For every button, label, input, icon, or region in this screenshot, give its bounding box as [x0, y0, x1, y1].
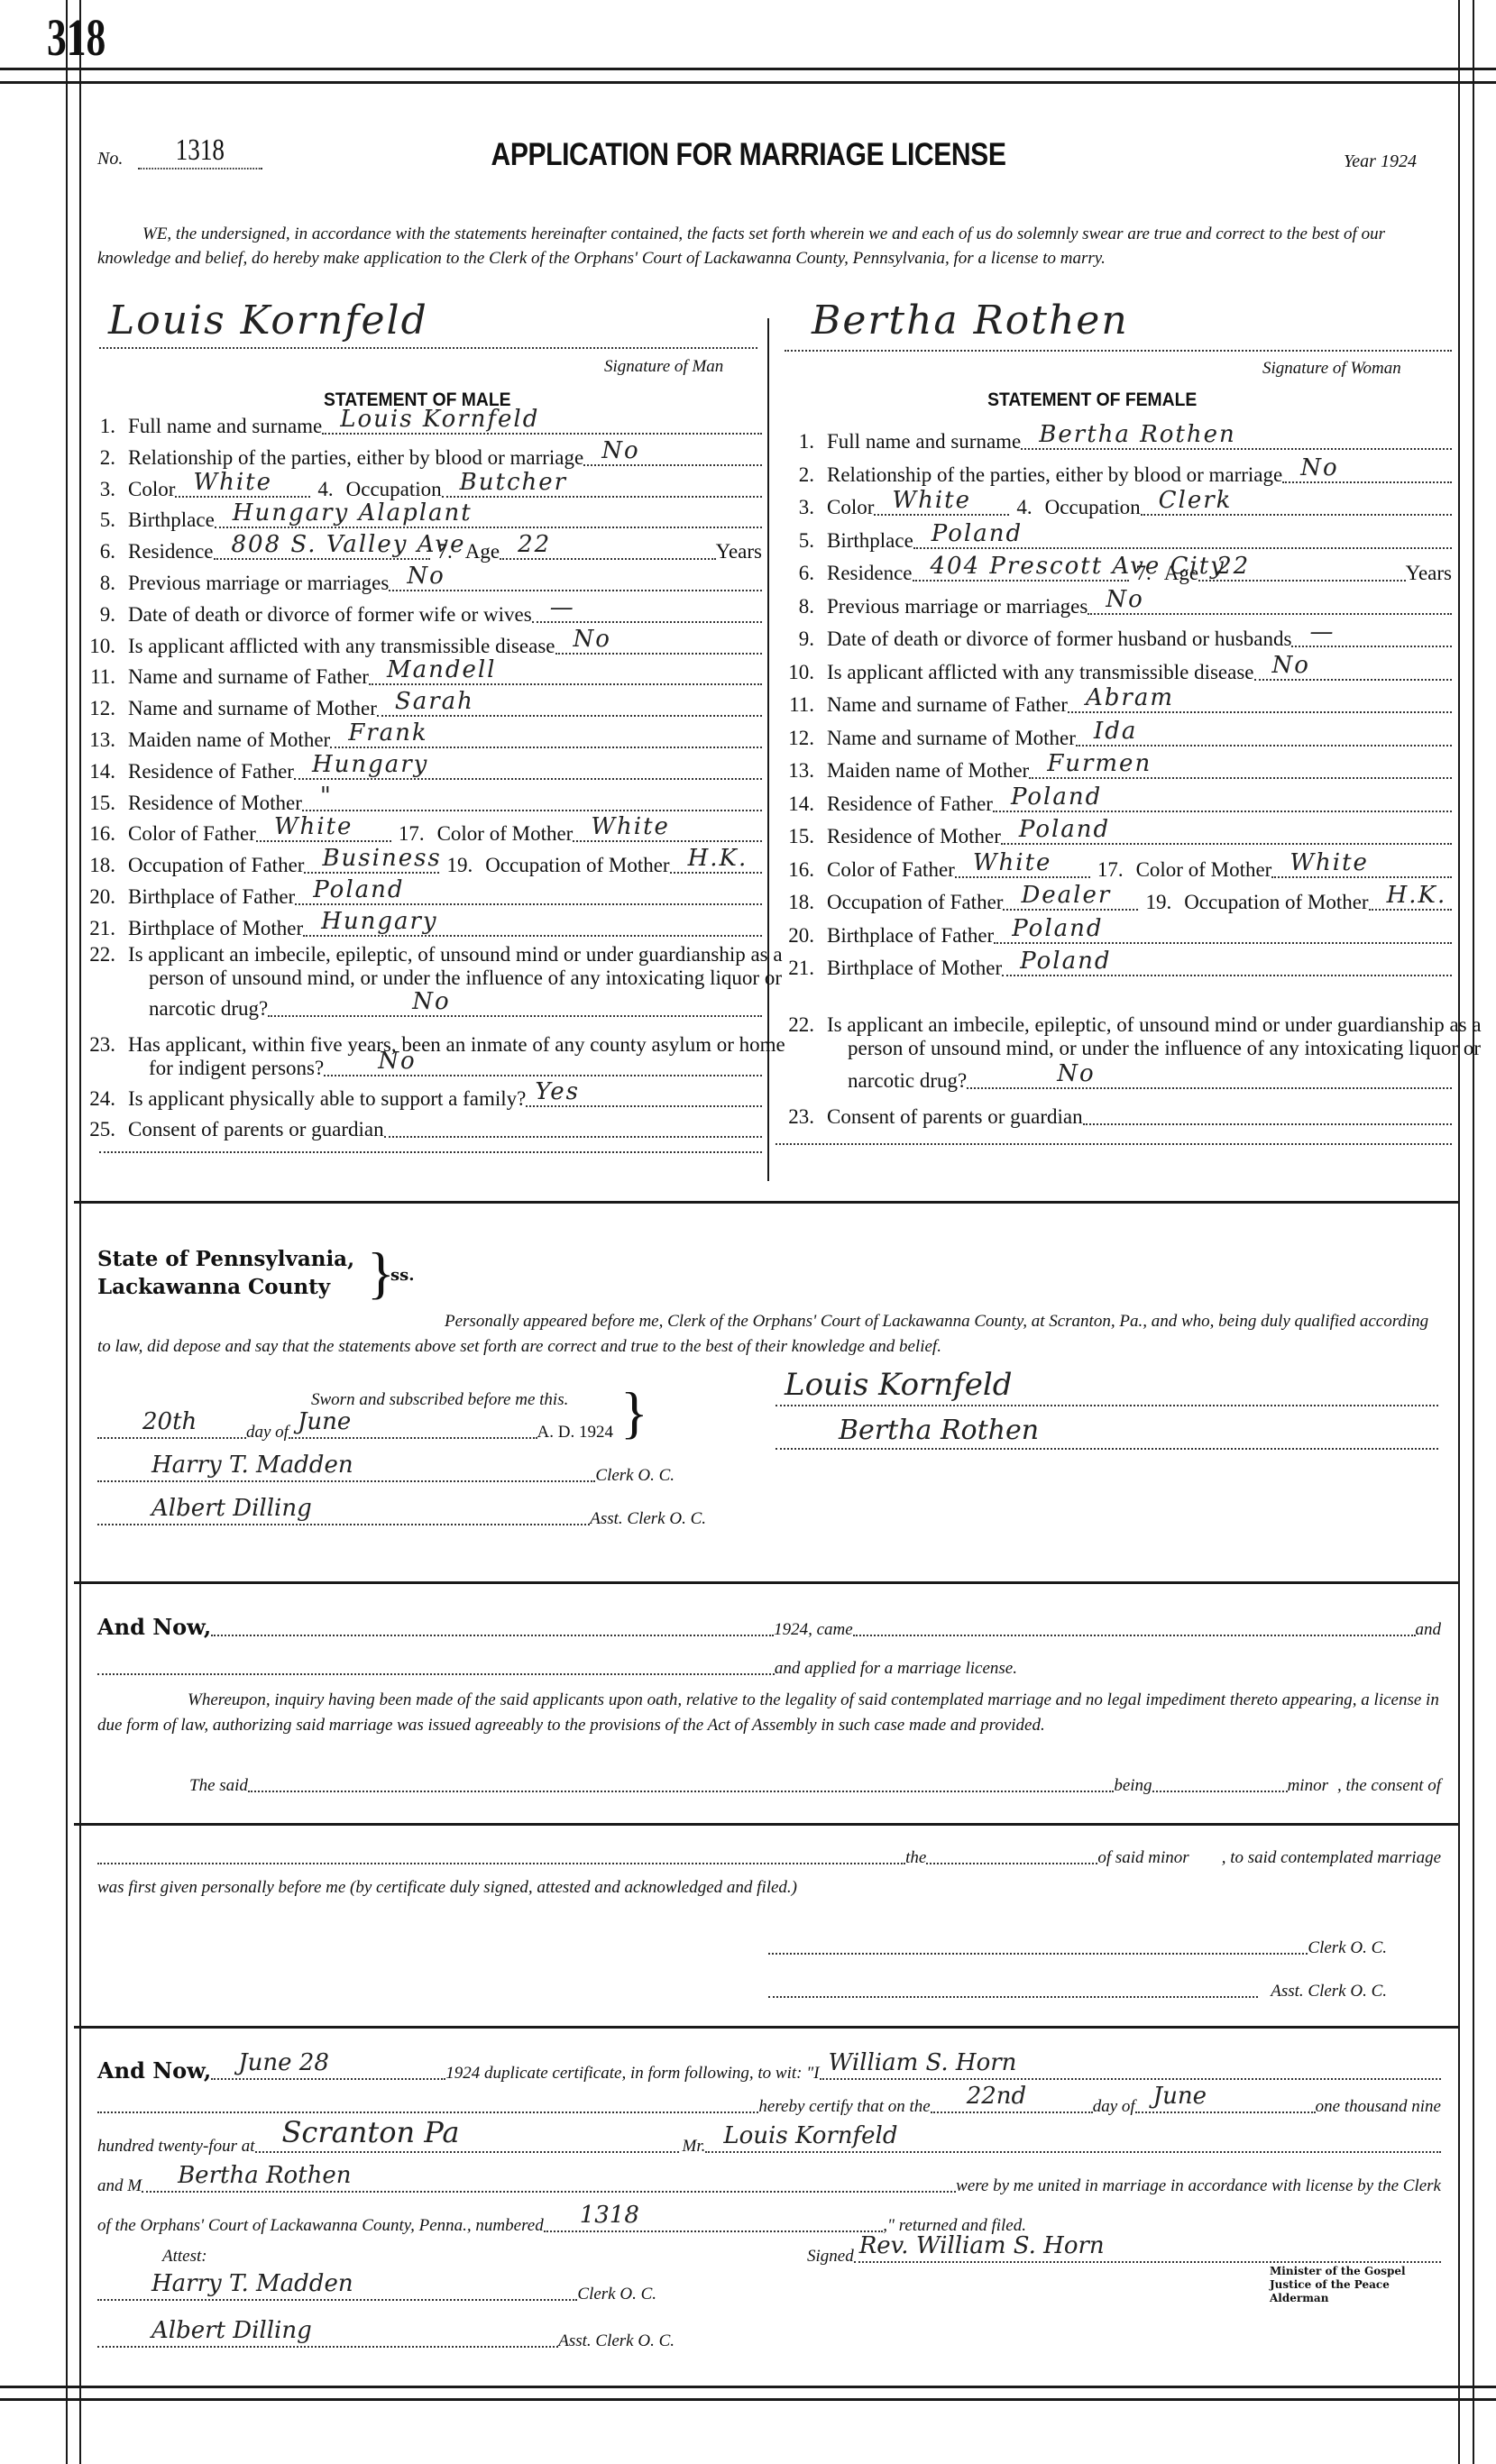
row-value-field[interactable]: Business: [304, 856, 439, 874]
whereupon-paragraph: Whereupon, inquiry having been made of t…: [97, 1688, 1441, 1738]
row-label: Date of death or divorce of former husba…: [827, 627, 1291, 651]
male-signature-line: [99, 347, 757, 349]
female-row-5[interactable]: 6.Residence404 Prescott Ave City7.Age22Y…: [771, 562, 1452, 585]
row-number: 20.: [72, 885, 128, 909]
row-value-field[interactable]: Abram: [1068, 695, 1452, 713]
cert-bride-line[interactable]: and M Bertha Rothen were by me united in…: [97, 2176, 1441, 2196]
female-row-9[interactable]: 11.Name and surname of FatherAbram: [771, 693, 1452, 717]
row-label: Residence of Father: [128, 760, 294, 783]
row-number: 11.: [771, 693, 827, 717]
cert-asst-clerk-line[interactable]: Albert Dilling Asst. Clerk O. C.: [97, 2331, 675, 2351]
row-number: 10.: [72, 635, 128, 658]
row-value-field[interactable]: White: [874, 498, 1009, 516]
row-label-2: Occupation of Mother: [1184, 891, 1368, 914]
row-value: White: [274, 815, 353, 838]
row-value-field[interactable]: Louis Kornfeld: [322, 417, 762, 435]
row-number: 13.: [72, 728, 128, 752]
row-label: Residence of Mother: [128, 792, 302, 815]
row-value: No: [1300, 456, 1338, 480]
male-row-2[interactable]: 2.Relationship of the parties, either by…: [72, 446, 762, 470]
cert-signed-line[interactable]: Signed Rev. William S. Horn: [807, 2247, 1441, 2267]
male-row-4[interactable]: 5.BirthplaceHungary Alaplant: [72, 508, 762, 532]
row-label: Name and surname of Mother: [128, 697, 377, 720]
row-value: Furmen: [1047, 752, 1152, 775]
female-row-11[interactable]: 13.Maiden name of MotherFurmen: [771, 759, 1452, 783]
row-value: —: [1309, 620, 1335, 644]
row-number: 21.: [72, 917, 128, 940]
row-number: 5.: [72, 508, 128, 532]
row-value: Hungary: [312, 753, 428, 776]
row-value-field[interactable]: Poland: [1002, 958, 1452, 976]
female-row-16[interactable]: 20.Birthplace of FatherPoland: [771, 924, 1452, 948]
row-value: Hungary Alaplant: [233, 501, 473, 525]
row-label-2: Occupation of Mother: [485, 854, 669, 877]
row-label: Date of death or divorce of former wife …: [128, 603, 532, 627]
cert-place-line[interactable]: hundred twenty-four at Scranton Pa Mr. L…: [97, 2137, 1441, 2157]
row-number: 12.: [72, 697, 128, 720]
title-alderman: Alderman: [1270, 2292, 1406, 2305]
row-number: 15.: [72, 792, 128, 815]
attest-label: Attest:: [162, 2247, 207, 2267]
row-label: Birthplace: [128, 508, 215, 532]
row-number: 8.: [72, 572, 128, 595]
row-number-2: 4.: [317, 478, 333, 501]
row-label-2: Color of Mother: [437, 822, 574, 846]
row-value: White: [193, 471, 272, 494]
cert-certify-line[interactable]: hereby certify that on the 22nd day of J…: [97, 2097, 1441, 2117]
affidavit-text: Personally appeared before me, Clerk of …: [97, 1309, 1441, 1360]
row-value: —: [550, 596, 575, 619]
row-label: Relationship of the parties, either by b…: [128, 446, 583, 470]
row-label: Birthplace of Mother: [827, 957, 1002, 980]
row-value-field[interactable]: No: [389, 573, 762, 591]
the-said-line[interactable]: The said being minor , the consent of: [189, 1776, 1441, 1796]
row-value: Mandell: [387, 658, 497, 682]
row-value-field-2[interactable]: Butcher: [442, 480, 762, 498]
row-number: 14.: [771, 792, 827, 816]
row-value-field[interactable]: Poland: [1001, 827, 1452, 845]
female-row-1[interactable]: 1.Full name and surnameBertha Rothen: [771, 430, 1452, 453]
row-value-field-2[interactable]: White: [573, 824, 762, 842]
row-label: Name and surname of Father: [128, 665, 369, 689]
row-value: White: [892, 489, 971, 512]
row-value-field[interactable]: Mandell: [369, 667, 762, 685]
row-number-2: 17.: [1097, 858, 1124, 882]
row-value-field[interactable]: Hungary Alaplant: [215, 510, 762, 528]
row-number: 3.: [72, 478, 128, 501]
cert-and-now-line[interactable]: And Now, June 28 1924 duplicate certific…: [97, 2057, 1441, 2084]
row-value-field[interactable]: Poland: [994, 926, 1452, 944]
row-label: Birthplace of Mother: [128, 917, 303, 940]
row-value-2: 22: [518, 533, 551, 556]
row-number: 10.: [771, 661, 827, 684]
row-value: Poland: [1012, 917, 1103, 940]
female-q22-answer[interactable]: narcotic drug? No: [848, 1069, 1452, 1093]
cert-clerk-line[interactable]: Harry T. Madden Clerk O. C.: [97, 2285, 656, 2304]
row-number: 9.: [771, 627, 827, 651]
male-row-16[interactable]: 20.Birthplace of FatherPoland: [72, 885, 762, 909]
female-signature-label: Signature of Woman: [1262, 359, 1401, 379]
female-row-4[interactable]: 5.BirthplacePoland: [771, 529, 1452, 553]
row-label-2: Occupation: [1045, 496, 1141, 519]
row-number: 16.: [771, 858, 827, 882]
row-number: 14.: [72, 760, 128, 783]
row-value: Poland: [313, 878, 404, 902]
female-row-2[interactable]: 2.Relationship of the parties, either by…: [771, 463, 1452, 487]
row-value-field[interactable]: Poland: [913, 531, 1452, 549]
row-value-2: H.K.: [688, 847, 748, 870]
male-row-10[interactable]: 12.Name and surname of MotherSarah: [72, 697, 762, 720]
male-row-9[interactable]: 11.Name and surname of FatherMandell: [72, 665, 762, 689]
row-value: No: [1272, 654, 1310, 677]
row-value: No: [1106, 588, 1143, 611]
female-row-13[interactable]: 15.Residence of MotherPoland: [771, 825, 1452, 848]
male-row-5[interactable]: 6.Residence808 S. Valley Ave7.Age22Years: [72, 540, 762, 563]
row-number: 5.: [771, 529, 827, 553]
row-value: 808 S. Valley Ave: [232, 533, 466, 556]
row-value-field[interactable]: Frank: [330, 730, 762, 748]
male-row-8[interactable]: 10.Is applicant afflicted with any trans…: [72, 635, 762, 658]
row-number-2: 19.: [1145, 891, 1171, 914]
row-value-field[interactable]: No: [1088, 597, 1452, 615]
female-extra-line: [776, 1143, 1452, 1145]
row-value: Poland: [1019, 818, 1110, 841]
row-number: 21.: [771, 957, 827, 980]
row-label: Birthplace of Father: [827, 924, 994, 948]
row-label: Name and surname of Father: [827, 693, 1068, 717]
female-signature-line: [785, 350, 1452, 352]
title-minister: Minister of the Gospel: [1270, 2265, 1406, 2278]
row-value-field[interactable]: Poland: [993, 794, 1452, 812]
row-value-field-2[interactable]: 22: [1198, 563, 1406, 582]
row-label: Residence of Father: [827, 792, 993, 816]
female-row-14[interactable]: 16.Color of FatherWhite17.Color of Mothe…: [771, 858, 1452, 882]
row-value: Business: [322, 847, 441, 870]
row-label: Residence: [827, 562, 913, 585]
state-line1: State of Pennsylvania,: [97, 1247, 354, 1271]
row-number: 8.: [771, 595, 827, 618]
row-label: Birthplace of Father: [128, 885, 295, 909]
row-value-2: Clerk: [1159, 489, 1233, 512]
row-value-field[interactable]: White: [955, 860, 1090, 878]
male-row-13[interactable]: 15.Residence of Mother": [72, 792, 762, 815]
row-value-field[interactable]: No: [583, 448, 762, 466]
female-row-17[interactable]: 21.Birthplace of MotherPoland: [771, 957, 1452, 980]
male-row-3[interactable]: 3.ColorWhite4.OccupationButcher: [72, 478, 762, 501]
row-value-field-2[interactable]: H.K.: [670, 856, 762, 874]
consent-asst-clerk-line[interactable]: Asst. Clerk O. C.: [768, 1982, 1387, 2001]
male-row-11[interactable]: 13.Maiden name of MotherFrank: [72, 728, 762, 752]
male-q23-answer[interactable]: for indigent persons? No: [149, 1057, 762, 1080]
row-number: 3.: [771, 496, 827, 519]
male-row-1[interactable]: 1.Full name and surnameLouis Kornfeld: [72, 415, 762, 438]
row-label: Color of Father: [128, 822, 256, 846]
row-value-field-2[interactable]: H.K.: [1369, 893, 1452, 911]
male-row-14[interactable]: 16.Color of FatherWhite17.Color of Mothe…: [72, 822, 762, 846]
row-value-field-2[interactable]: 22: [500, 542, 716, 560]
row-value: Abram: [1086, 686, 1174, 710]
female-row-8[interactable]: 10.Is applicant afflicted with any trans…: [771, 661, 1452, 684]
row-label: Color of Father: [827, 858, 955, 882]
male-row-6[interactable]: 8.Previous marriage or marriagesNo: [72, 572, 762, 595]
sworn-label: Sworn and subscribed before me this.: [311, 1390, 568, 1410]
row-value-field[interactable]: 808 S. Valley Ave: [214, 542, 430, 560]
row-suffix: Years: [1406, 562, 1452, 585]
row-suffix: Years: [716, 540, 762, 563]
female-row-6[interactable]: 8.Previous marriage or marriagesNo: [771, 595, 1452, 618]
row-label: Occupation of Father: [827, 891, 1003, 914]
row-number: 11.: [72, 665, 128, 689]
row-value: Ida: [1094, 719, 1137, 743]
applied-line[interactable]: and applied for a marriage license.: [97, 1659, 1017, 1679]
row-value-field-2[interactable]: White: [1271, 860, 1452, 878]
row-value-field[interactable]: White: [175, 480, 310, 498]
row-number: 6.: [72, 540, 128, 563]
clerk-line[interactable]: Harry T. Madden Clerk O. C.: [97, 1466, 675, 1486]
row-number: 18.: [771, 891, 827, 914]
row-value-field[interactable]: 404 Prescott Ave City: [913, 563, 1129, 582]
male-row-17[interactable]: 21.Birthplace of MotherHungary: [72, 917, 762, 940]
brace-2: }: [620, 1384, 648, 1442]
row-label-2: Color of Mother: [1136, 858, 1272, 882]
row-number-2: 17.: [399, 822, 425, 846]
intro-paragraph: WE, the undersigned, in accordance with …: [97, 222, 1441, 270]
row-label: Residence of Mother: [827, 825, 1001, 848]
row-value-field[interactable]: No: [555, 637, 763, 655]
consent-clerk-line[interactable]: Clerk O. C.: [768, 1938, 1387, 1958]
application-number: No. 1318: [97, 133, 278, 169]
affidavit-signature-man[interactable]: Louis Kornfeld: [776, 1390, 1438, 1410]
male-q23: 23.Has applicant, within five years, bee…: [72, 1033, 776, 1057]
row-label: Maiden name of Mother: [128, 728, 330, 752]
row-value-2: 22: [1216, 554, 1250, 578]
officiant-title-list: Minister of the Gospel Justice of the Pe…: [1270, 2265, 1406, 2305]
ss-label: ss.: [390, 1266, 415, 1285]
row-number: 15.: [771, 825, 827, 848]
affidavit-signature-woman[interactable]: Bertha Rothen: [776, 1434, 1438, 1453]
row-value: Poland: [932, 522, 1023, 545]
row-label: Previous marriage or marriages: [128, 572, 389, 595]
female-q22-line2: person of unsound mind, or under the inf…: [848, 1037, 1452, 1060]
sworn-date-line[interactable]: 20th day of June A. D. 1924: [97, 1423, 613, 1443]
row-value-field[interactable]: Hungary: [303, 919, 762, 937]
female-q23[interactable]: 23.Consent of parents or guardian: [771, 1105, 1452, 1129]
row-number: 2.: [771, 463, 827, 487]
row-value: 404 Prescott Ave City: [931, 554, 1225, 578]
row-value: Poland: [1011, 785, 1102, 809]
male-q24[interactable]: 24.Is applicant physically able to suppo…: [72, 1087, 762, 1111]
row-number: 9.: [72, 603, 128, 627]
row-value: Louis Kornfeld: [340, 408, 539, 431]
row-value: Frank: [348, 721, 427, 745]
female-row-3[interactable]: 3.ColorWhite4.OccupationClerk: [771, 496, 1452, 519]
male-q25[interactable]: 25.Consent of parents or guardian: [72, 1118, 762, 1141]
number-value: 1318: [139, 133, 262, 169]
year-label: Year 1924: [1344, 151, 1417, 172]
row-value: ": [320, 784, 333, 808]
male-extra-line: [99, 1151, 762, 1153]
consent-line[interactable]: the of said minor , to said contemplated…: [97, 1848, 1441, 1868]
row-label: Birthplace: [827, 529, 913, 553]
row-value-2: H.K.: [1387, 884, 1447, 907]
first-given-text: was first given personally before me (by…: [97, 1875, 1441, 1901]
row-label-2: Occupation: [346, 478, 442, 501]
row-value: Dealer: [1021, 884, 1111, 907]
row-value: No: [574, 627, 611, 651]
row-value-field[interactable]: Hungary: [294, 762, 762, 780]
row-value: Bertha Rothen: [1039, 423, 1235, 446]
row-value-field[interactable]: No: [1254, 663, 1453, 681]
row-value: Sarah: [395, 690, 474, 713]
row-label: Residence: [128, 540, 214, 563]
row-value: White: [973, 851, 1052, 875]
row-label-2: Age: [465, 540, 500, 563]
row-number: 6.: [771, 562, 827, 585]
male-q22-answer[interactable]: narcotic drug? No: [149, 997, 762, 1021]
row-value-field[interactable]: Furmen: [1029, 761, 1452, 779]
row-value-field[interactable]: White: [256, 824, 391, 842]
page-number: 318: [47, 7, 106, 68]
title-justice: Justice of the Peace: [1270, 2278, 1406, 2292]
row-value-field[interactable]: Bertha Rothen: [1021, 432, 1452, 450]
row-value-field[interactable]: Ida: [1076, 728, 1452, 747]
male-q22: 22.Is applicant an imbecile, epileptic, …: [72, 943, 757, 966]
asst-clerk-line[interactable]: Albert Dilling Asst. Clerk O. C.: [97, 1509, 706, 1529]
row-value-field[interactable]: Sarah: [377, 699, 762, 717]
male-row-7[interactable]: 9.Date of death or divorce of former wif…: [72, 603, 762, 627]
page-title: APPLICATION FOR MARRIAGE LICENSE: [430, 137, 1066, 173]
row-label: Is applicant afflicted with any transmis…: [827, 661, 1254, 684]
row-value: No: [407, 564, 445, 588]
male-q22-line2: person of unsound mind, or under the inf…: [149, 966, 762, 990]
row-number-2: 4.: [1016, 496, 1032, 519]
row-label: Occupation of Father: [128, 854, 304, 877]
row-label: Color: [827, 496, 874, 519]
female-row-10[interactable]: 12.Name and surname of MotherIda: [771, 727, 1452, 750]
row-value-field[interactable]: —: [532, 605, 762, 623]
row-value: Hungary: [321, 910, 437, 933]
male-signature-label: Signature of Man: [604, 357, 723, 377]
row-number: 2.: [72, 446, 128, 470]
male-row-12[interactable]: 14.Residence of FatherHungary: [72, 760, 762, 783]
female-row-15[interactable]: 18.Occupation of FatherDealer19.Occupati…: [771, 891, 1452, 914]
row-value-field[interactable]: Dealer: [1003, 893, 1138, 911]
row-number-2: 19.: [446, 854, 473, 877]
row-number: 13.: [771, 759, 827, 783]
female-signature: Bertha Rothen: [812, 298, 1129, 343]
number-label: No.: [97, 149, 123, 169]
female-heading: STATEMENT OF FEMALE: [987, 389, 1197, 411]
row-label: Relationship of the parties, either by b…: [827, 463, 1282, 487]
row-number: 1.: [72, 415, 128, 438]
and-now-line[interactable]: And Now, 1924, came and: [97, 1614, 1441, 1640]
row-value-2: Butcher: [460, 471, 567, 494]
female-row-7[interactable]: 9.Date of death or divorce of former hus…: [771, 627, 1452, 651]
row-label: Previous marriage or marriages: [827, 595, 1088, 618]
row-number: 12.: [771, 727, 827, 750]
female-q22: 22.Is applicant an imbecile, epileptic, …: [771, 1013, 1456, 1037]
row-value-2: White: [591, 815, 670, 838]
female-row-12[interactable]: 14.Residence of FatherPoland: [771, 792, 1452, 816]
male-row-15[interactable]: 18.Occupation of FatherBusiness19.Occupa…: [72, 854, 762, 877]
row-number: 1.: [771, 430, 827, 453]
row-label: Color: [128, 478, 175, 501]
row-label: Name and surname of Mother: [827, 727, 1076, 750]
state-line2: Lackawanna County: [97, 1275, 330, 1299]
row-value-field-2[interactable]: Clerk: [1141, 498, 1452, 516]
row-number: 20.: [771, 924, 827, 948]
row-value-field[interactable]: No: [1282, 465, 1452, 483]
row-number: 16.: [72, 822, 128, 846]
row-value-field[interactable]: ": [302, 793, 762, 811]
male-signature: Louis Kornfeld: [108, 298, 428, 343]
row-label: Maiden name of Mother: [827, 759, 1029, 783]
row-label: Is applicant afflicted with any transmis…: [128, 635, 555, 658]
row-label: Full name and surname: [827, 430, 1021, 453]
row-value: No: [601, 439, 639, 463]
row-number: 18.: [72, 854, 128, 877]
row-label: Full name and surname: [128, 415, 322, 438]
row-value: Poland: [1020, 949, 1111, 973]
row-value-2: White: [1289, 851, 1369, 875]
row-value-field[interactable]: —: [1291, 629, 1452, 647]
row-value-field[interactable]: Poland: [295, 887, 762, 905]
